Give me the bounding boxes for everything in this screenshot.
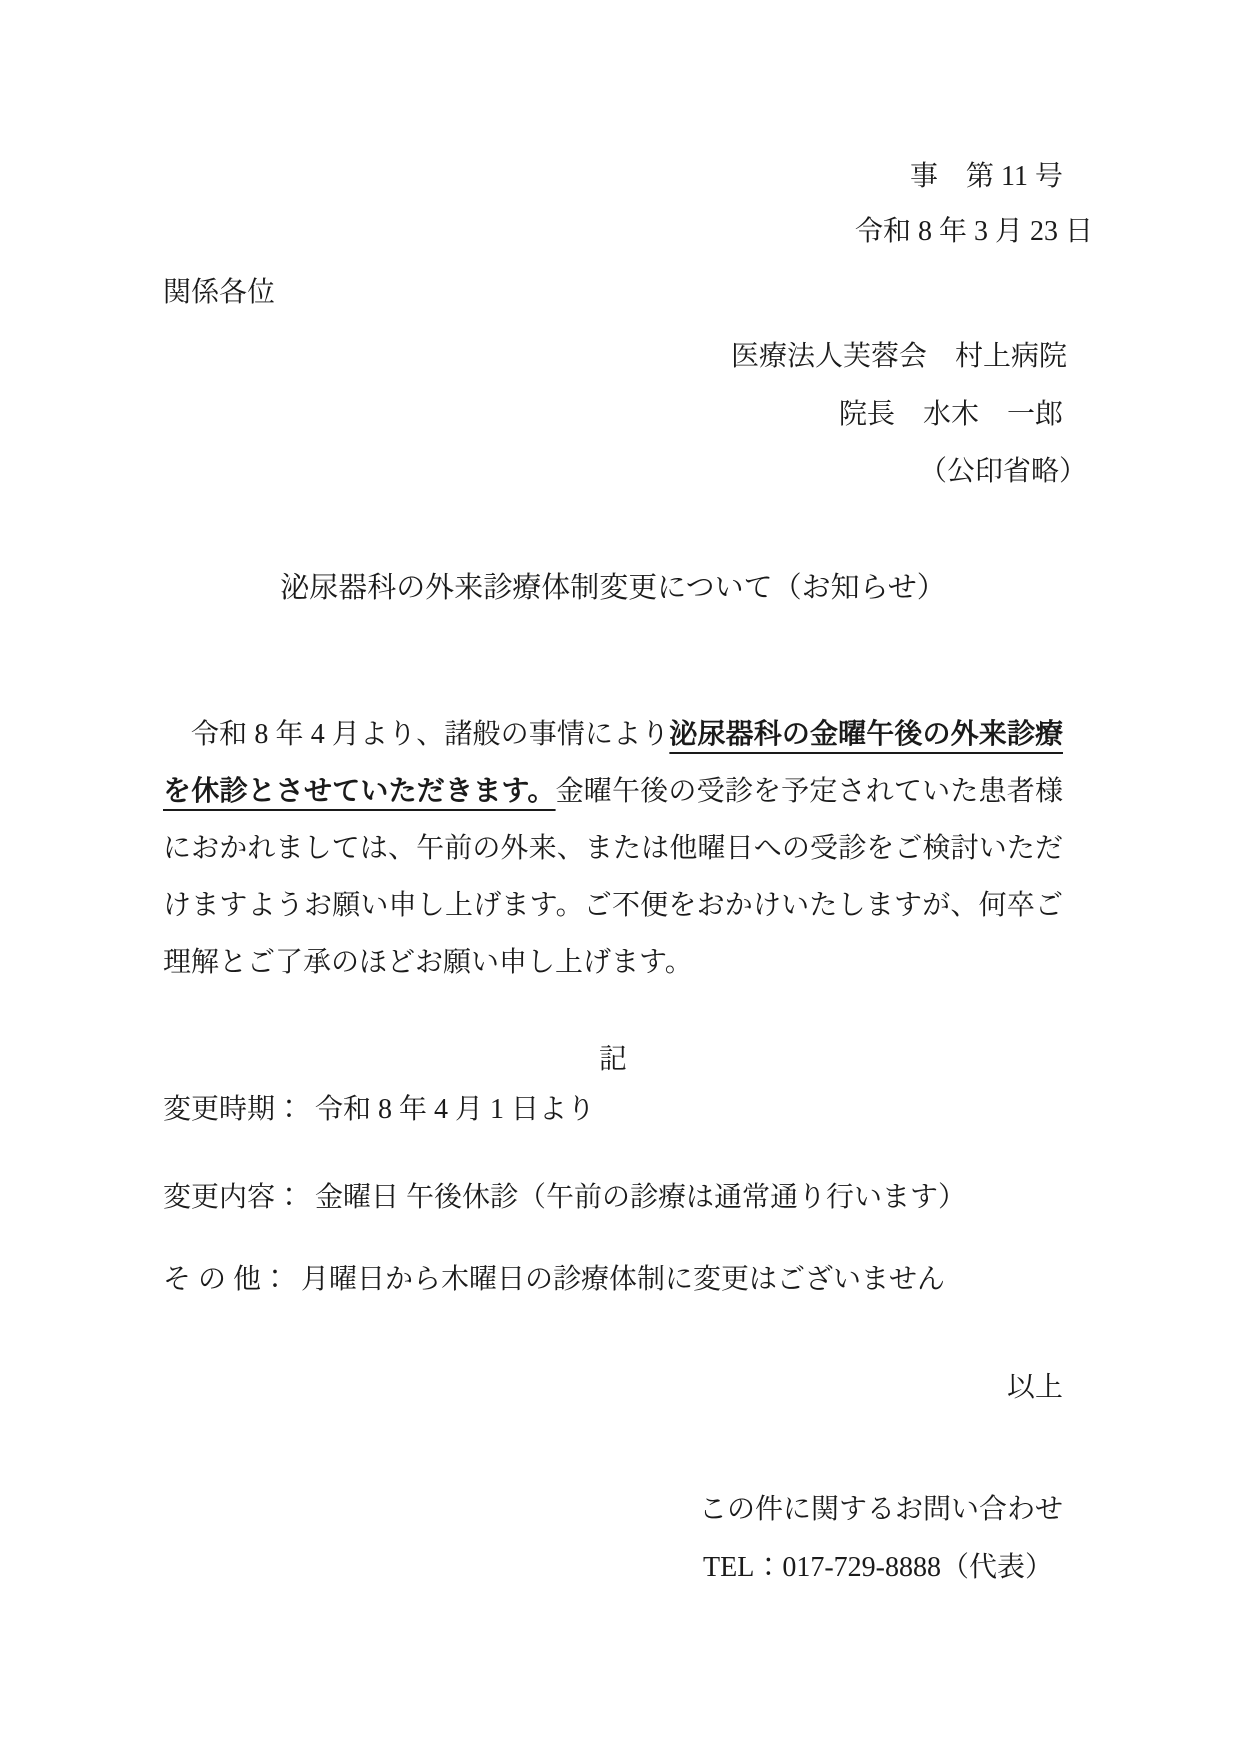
detail-item-label: 変更内容： <box>163 1182 303 1213</box>
detail-item-value: 令和 8 年 4 月 1 日より <box>315 1094 595 1125</box>
seal-omission-note: （公印省略） <box>919 452 1087 492</box>
ki-section-marker: 記 <box>163 1040 1063 1080</box>
document-number: 事 第 11 号 <box>910 157 1063 197</box>
contact-heading: この件に関するお問い合わせ <box>699 1490 1063 1530</box>
notice-document-page: 事 第 11 号 令和 8 年 3 月 23 日 関係各位 医療法人芙蓉会 村上… <box>0 0 1241 1755</box>
detail-item-label: そ の 他： <box>163 1264 289 1295</box>
detail-item-change-period: 変更時期：令和 8 年 4 月 1 日より <box>163 1090 595 1130</box>
body-paragraph: 令和 8 年 4 月より、諸般の事情により泌尿器科の金曜午後の外来診療を休診とさ… <box>163 706 1063 991</box>
sender-organization: 医療法人芙蓉会 村上病院 <box>731 337 1067 377</box>
body-lead-text: 令和 8 年 4 月より、諸般の事情により <box>191 719 669 750</box>
contact-telephone: TEL：017-729-8888（代表） <box>703 1548 1053 1588</box>
detail-item-other: そ の 他：月曜日から木曜日の診療体制に変更はございません <box>163 1260 945 1300</box>
document-title: 泌尿器科の外来診療体制変更について（お知らせ） <box>163 567 1063 609</box>
detail-item-value: 金曜日 午後休診（午前の診療は通常通り行います） <box>315 1182 966 1213</box>
detail-item-change-content: 変更内容：金曜日 午後休診（午前の診療は通常通り行います） <box>163 1178 966 1218</box>
detail-item-label: 変更時期： <box>163 1094 303 1125</box>
addressee: 関係各位 <box>163 273 275 313</box>
sender-name: 院長 水木 一郎 <box>839 395 1063 435</box>
document-date: 令和 8 年 3 月 23 日 <box>855 212 1093 252</box>
detail-item-value: 月曜日から木曜日の診療体制に変更はございません <box>301 1264 945 1295</box>
closing-marker: 以上 <box>1007 1368 1063 1408</box>
